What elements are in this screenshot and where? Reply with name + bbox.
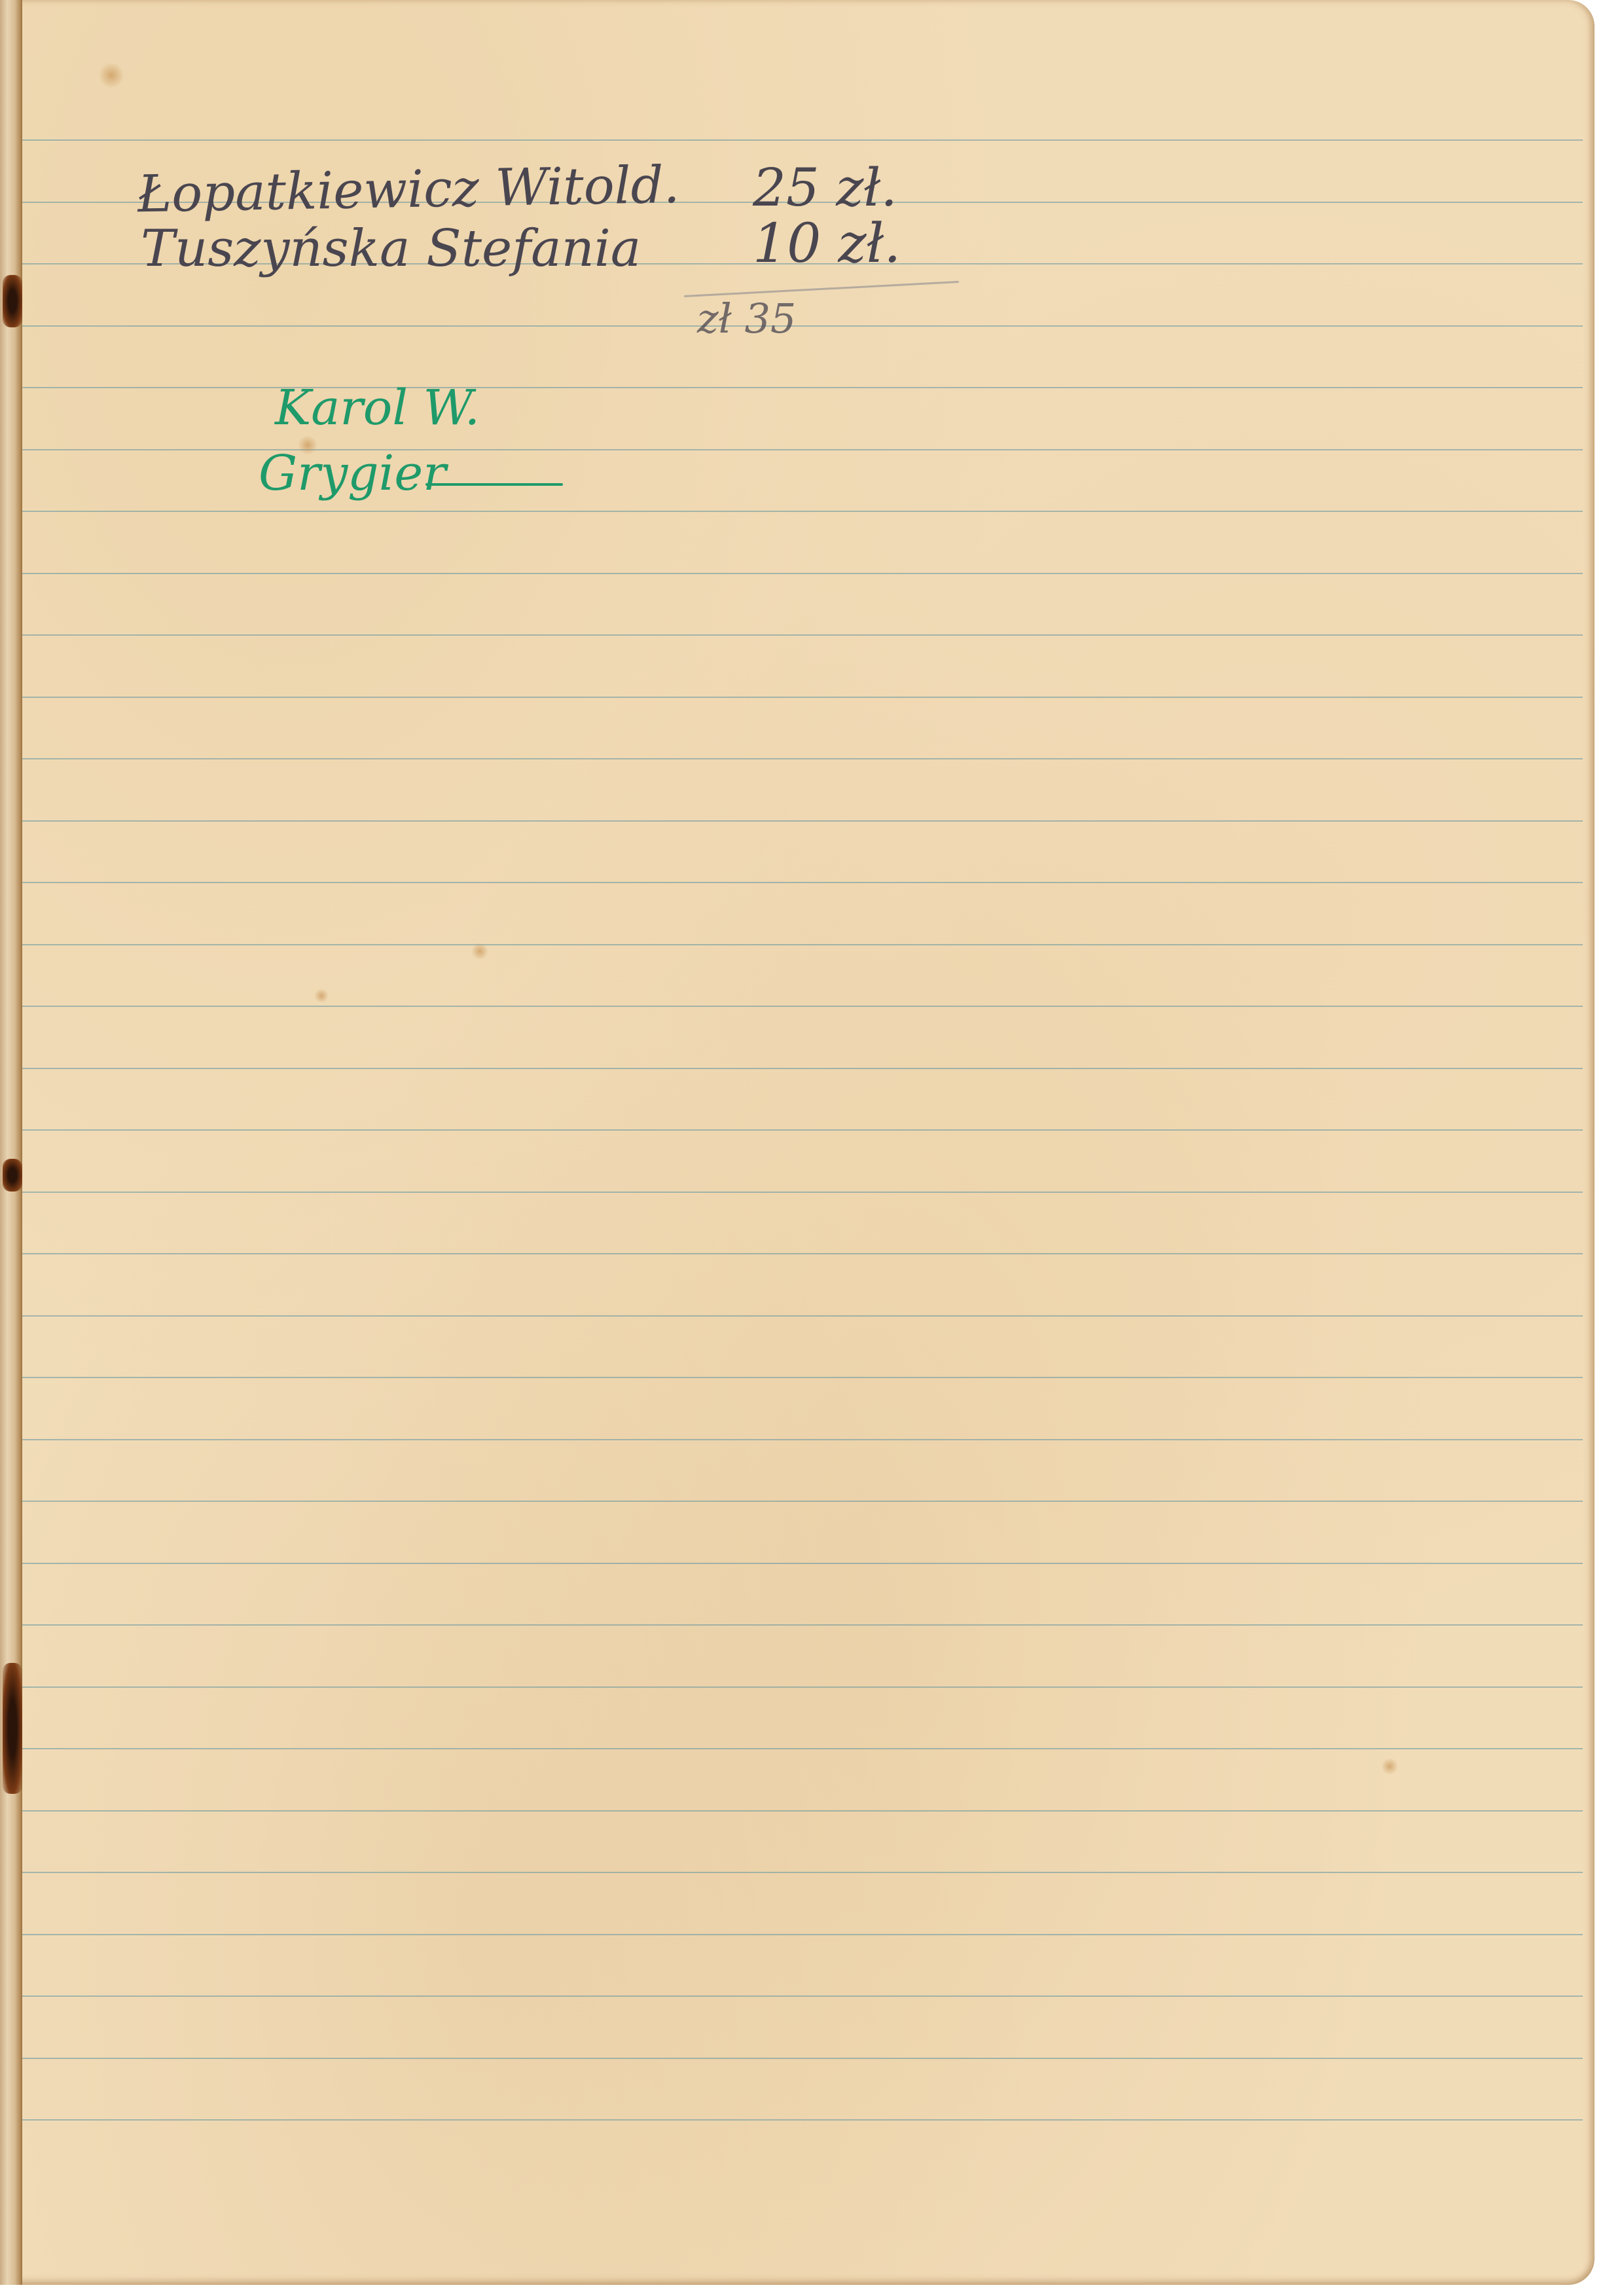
ruled-line <box>22 1439 1583 1440</box>
green-entry-1: Karol W. <box>275 380 480 436</box>
entry-1-name: Łopatkiewicz Witold. <box>137 156 680 224</box>
ruled-line <box>22 882 1583 883</box>
stain <box>98 62 124 88</box>
entry-2-name: Tuszyńska Stefania <box>141 219 641 278</box>
ruled-line <box>22 1872 1583 1873</box>
ruled-line <box>22 2058 1583 2059</box>
ruled-line <box>22 139 1583 141</box>
ruled-line <box>22 1253 1583 1254</box>
ruled-line <box>22 387 1583 388</box>
green-underline-stroke <box>425 483 563 486</box>
ruled-line <box>22 1377 1583 1378</box>
ruled-line <box>22 325 1583 327</box>
stain <box>1381 1758 1398 1775</box>
ruled-line <box>22 1006 1583 1007</box>
ruled-line <box>22 1748 1583 1749</box>
entry-1-amount: 25 zł. <box>753 157 897 218</box>
ruled-line <box>22 944 1583 945</box>
ruled-line <box>22 1995 1583 1997</box>
ruled-line <box>22 1934 1583 1935</box>
binding-hole <box>3 275 22 327</box>
binding-strip <box>0 0 22 2285</box>
ruled-line <box>22 634 1583 636</box>
notebook-page: Łopatkiewicz Witold. 25 zł. Tuszyńska St… <box>0 0 1595 2285</box>
green-entry-2: Grygier <box>259 445 446 501</box>
entry-2-amount: 10 zł. <box>753 213 901 275</box>
ruled-line <box>22 697 1583 698</box>
ruled-line <box>22 1315 1583 1317</box>
ruled-line <box>22 1624 1583 1626</box>
stain <box>314 989 329 1003</box>
stain <box>471 943 488 960</box>
ruled-line <box>22 449 1583 450</box>
total-amount: zł 35 <box>697 295 796 342</box>
ruled-line <box>22 2119 1583 2121</box>
ruled-line <box>22 1563 1583 1564</box>
ruled-line <box>22 573 1583 574</box>
ruled-line <box>22 1068 1583 1069</box>
binding-hole <box>3 1159 22 1192</box>
ruled-line <box>22 1129 1583 1131</box>
binding-damage <box>3 1663 22 1794</box>
ruled-line <box>22 1686 1583 1688</box>
ruled-line <box>22 511 1583 512</box>
ruled-line <box>22 758 1583 759</box>
ruled-line <box>22 820 1583 822</box>
ruled-line <box>22 1192 1583 1193</box>
ruled-line <box>22 1501 1583 1502</box>
ruled-line <box>22 1810 1583 1812</box>
